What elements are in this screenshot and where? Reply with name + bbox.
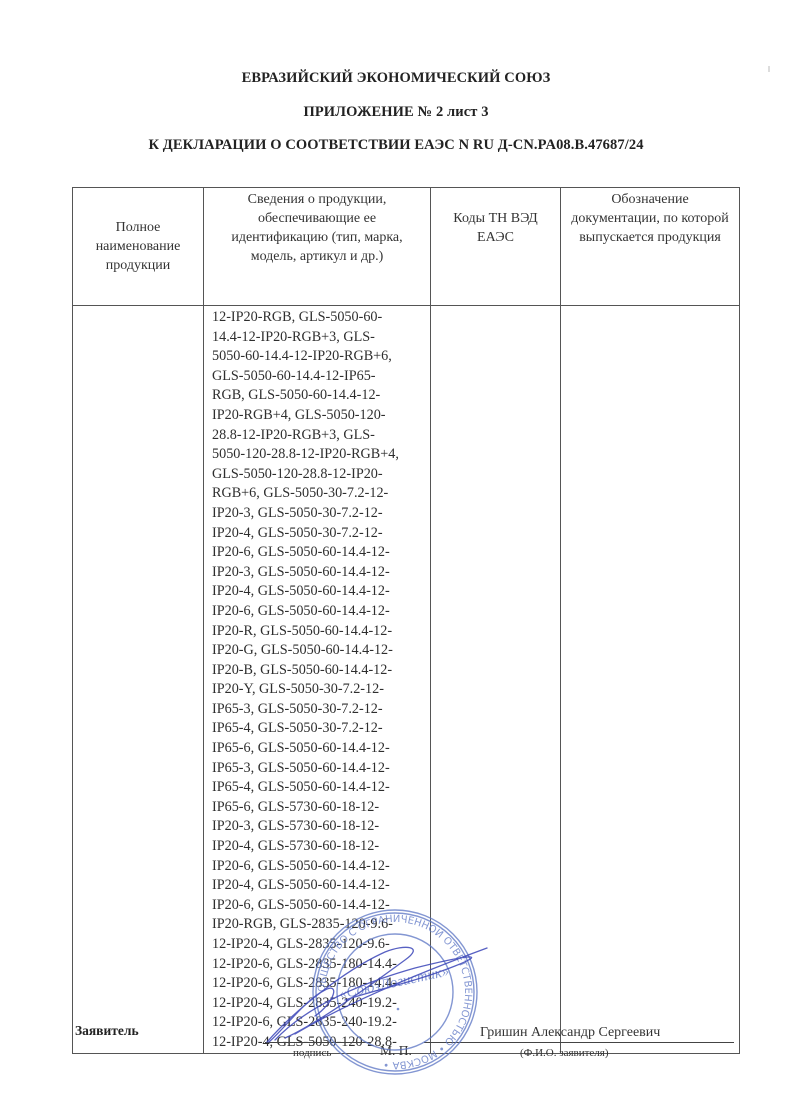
header-documentation: Обозначение документации, по которой вып… bbox=[561, 188, 740, 306]
model-line: IP20-B, GLS-5050-60-14.4-12- bbox=[212, 661, 424, 681]
header-product-info: Сведения о продукции, обеспечивающие ее … bbox=[204, 188, 431, 306]
cell-documentation bbox=[561, 306, 740, 1054]
model-line: IP20-RGB+4, GLS-5050-120- bbox=[212, 406, 424, 426]
table-header-row: Полное наименование продукции Сведения о… bbox=[73, 188, 740, 306]
model-line: 14.4-12-IP20-RGB+3, GLS- bbox=[212, 328, 424, 348]
scan-artifact bbox=[768, 66, 770, 72]
model-line: 12-IP20-6, GLS-2835-240-19.2- bbox=[212, 1013, 424, 1033]
model-line: GLS-5050-60-14.4-12-IP65- bbox=[212, 367, 424, 387]
model-line: 28.8-12-IP20-RGB+3, GLS- bbox=[212, 426, 424, 446]
model-line: IP20-R, GLS-5050-60-14.4-12- bbox=[212, 622, 424, 642]
appendix-title: ПРИЛОЖЕНИЕ № 2 лист 3 bbox=[0, 104, 792, 121]
model-line: RGB+6, GLS-5050-30-7.2-12- bbox=[212, 484, 424, 504]
model-line: IP65-4, GLS-5050-30-7.2-12- bbox=[212, 719, 424, 739]
seal-label: М. П. bbox=[380, 1043, 412, 1059]
name-line bbox=[424, 1042, 734, 1043]
applicant-label: Заявитель bbox=[75, 1023, 139, 1039]
applicant-name: Гришин Александр Сергеевич bbox=[480, 1025, 660, 1041]
model-line: IP65-4, GLS-5050-60-14.4-12- bbox=[212, 778, 424, 798]
model-list: 12-IP20-RGB, GLS-5050-60-14.4-12-IP20-RG… bbox=[204, 306, 430, 1053]
name-caption: (Ф.И.О. заявителя) bbox=[520, 1047, 609, 1059]
product-table: Полное наименование продукции Сведения о… bbox=[72, 187, 740, 1054]
header-product-name: Полное наименование продукции bbox=[73, 188, 204, 306]
signature-label: подпись bbox=[293, 1047, 331, 1059]
model-line: IP20-6, GLS-5050-60-14.4-12- bbox=[212, 896, 424, 916]
model-line: GLS-5050-120-28.8-12-IP20- bbox=[212, 465, 424, 485]
model-line: IP65-3, GLS-5050-30-7.2-12- bbox=[212, 700, 424, 720]
model-line: 12-IP20-6, GLS-2835-180-14.4- bbox=[212, 974, 424, 994]
model-line: IP20-4, GLS-5050-60-14.4-12- bbox=[212, 876, 424, 896]
model-line: IP20-6, GLS-5050-60-14.4-12- bbox=[212, 602, 424, 622]
model-line: IP20-6, GLS-5050-60-14.4-12- bbox=[212, 857, 424, 877]
model-line: IP20-6, GLS-5050-60-14.4-12- bbox=[212, 543, 424, 563]
model-line: IP20-Y, GLS-5050-30-7.2-12- bbox=[212, 680, 424, 700]
model-line: IP20-G, GLS-5050-60-14.4-12- bbox=[212, 641, 424, 661]
union-title: ЕВРАЗИЙСКИЙ ЭКОНОМИЧЕСКИЙ СОЮЗ bbox=[0, 70, 792, 87]
model-line: IP20-RGB, GLS-2835-120-9.6- bbox=[212, 915, 424, 935]
cell-tn-ved-codes bbox=[431, 306, 561, 1054]
model-line: 5050-60-14.4-12-IP20-RGB+6, bbox=[212, 347, 424, 367]
model-line: IP65-3, GLS-5050-60-14.4-12- bbox=[212, 759, 424, 779]
model-line: 5050-120-28.8-12-IP20-RGB+4, bbox=[212, 445, 424, 465]
model-line: IP20-4, GLS-5050-30-7.2-12- bbox=[212, 524, 424, 544]
model-line: 12-IP20-4, GLS-2835-120-9.6- bbox=[212, 935, 424, 955]
model-line: IP65-6, GLS-5730-60-18-12- bbox=[212, 798, 424, 818]
model-line: 12-IP20-RGB, GLS-5050-60- bbox=[212, 308, 424, 328]
model-line: 12-IP20-4, GLS-2835-240-19.2- bbox=[212, 994, 424, 1014]
model-line: 12-IP20-6, GLS-2835-180-14.4- bbox=[212, 955, 424, 975]
model-line: RGB, GLS-5050-60-14.4-12- bbox=[212, 386, 424, 406]
table-row: 12-IP20-RGB, GLS-5050-60-14.4-12-IP20-RG… bbox=[73, 306, 740, 1054]
header-tn-ved-codes: Коды ТН ВЭД ЕАЭС bbox=[431, 188, 561, 306]
cell-product-name bbox=[73, 306, 204, 1054]
model-line: IP20-4, GLS-5050-60-14.4-12- bbox=[212, 582, 424, 602]
cell-product-info: 12-IP20-RGB, GLS-5050-60-14.4-12-IP20-RG… bbox=[204, 306, 431, 1054]
declaration-title: К ДЕКЛАРАЦИИ О СООТВЕТСТВИИ ЕАЭС N RU Д-… bbox=[0, 137, 792, 154]
model-line: IP20-3, GLS-5050-60-14.4-12- bbox=[212, 563, 424, 583]
model-line: IP20-3, GLS-5050-30-7.2-12- bbox=[212, 504, 424, 524]
signature-line bbox=[265, 1042, 371, 1043]
model-line: IP65-6, GLS-5050-60-14.4-12- bbox=[212, 739, 424, 759]
model-line: IP20-3, GLS-5730-60-18-12- bbox=[212, 817, 424, 837]
model-line: IP20-4, GLS-5730-60-18-12- bbox=[212, 837, 424, 857]
